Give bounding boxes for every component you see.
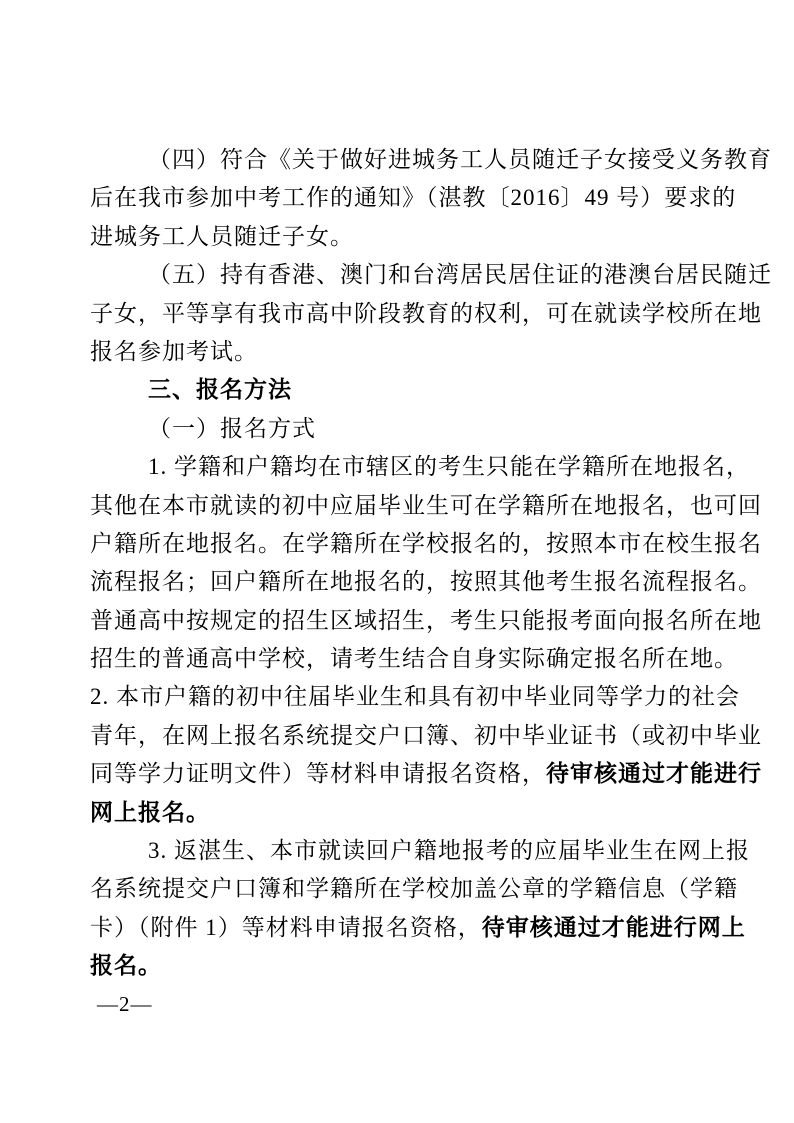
- text-segment: 普通高中按规定的招生区域招生，考生只能报考面向报名所在地: [90, 608, 762, 633]
- bold-text-segment: 报名。: [90, 953, 162, 978]
- text-line: 网上报名。: [90, 794, 704, 832]
- text-line: 报名参加考试。: [90, 333, 704, 371]
- text-segment: （一）报名方式: [148, 416, 316, 441]
- text-line: 流程报名；回户籍所在地报名的，按照其他考生报名流程报名。: [90, 563, 704, 601]
- text-line: 卡）（附件 1）等材料申请报名资格，待审核通过才能进行网上: [90, 909, 704, 947]
- text-segment: 子女，平等享有我市高中阶段教育的权利，可在就读学校所在地: [90, 301, 762, 326]
- text-segment: 同等学力证明文件）等材料申请报名资格，: [90, 761, 546, 786]
- text-line: 同等学力证明文件）等材料申请报名资格，待审核通过才能进行: [90, 755, 704, 793]
- text-line: 其他在本市就读的初中应届毕业生可在学籍所在地报名，也可回: [90, 487, 704, 525]
- text-line: 子女，平等享有我市高中阶段教育的权利，可在就读学校所在地: [90, 295, 704, 333]
- text-line: 1. 学籍和户籍均在市辖区的考生只能在学籍所在地报名，: [90, 448, 704, 486]
- text-line: 名系统提交户口簿和学籍所在学校加盖公章的学籍信息（学籍: [90, 870, 704, 908]
- bold-text-segment: 三、报名方法: [148, 377, 292, 402]
- text-segment: 户籍所在地报名。在学籍所在学校报名的，按照本市在校生报名: [90, 531, 762, 556]
- document-page: （四）符合《关于做好进城务工人员随迁子女接受义务教育后在我市参加中考工作的通知》…: [0, 0, 794, 1123]
- text-segment: 3. 返湛生、本市就读回户籍地报考的应届毕业生在网上报: [148, 838, 750, 863]
- document-text-block: （四）符合《关于做好进城务工人员随迁子女接受义务教育后在我市参加中考工作的通知》…: [90, 141, 704, 986]
- text-line: 后在我市参加中考工作的通知》（湛教〔2016〕49 号）要求的: [90, 179, 704, 217]
- text-segment: 卡）（附件 1）等材料申请报名资格，: [90, 915, 482, 940]
- text-line: 2. 本市户籍的初中往届毕业生和具有初中毕业同等学力的社会: [90, 678, 704, 716]
- text-line: （五）持有香港、澳门和台湾居民居住证的港澳台居民随迁: [90, 256, 704, 294]
- text-line: 普通高中按规定的招生区域招生，考生只能报考面向报名所在地: [90, 602, 704, 640]
- text-line: 户籍所在地报名。在学籍所在学校报名的，按照本市在校生报名: [90, 525, 704, 563]
- page-number: —2—: [97, 992, 153, 1017]
- bold-text-segment: 待审核通过才能进行: [546, 761, 762, 786]
- text-segment: 后在我市参加中考工作的通知》（湛教〔2016〕49 号）要求的: [90, 185, 736, 210]
- text-line: 3. 返湛生、本市就读回户籍地报考的应届毕业生在网上报: [90, 832, 704, 870]
- text-segment: （五）持有香港、澳门和台湾居民居住证的港澳台居民随迁: [148, 262, 772, 287]
- text-segment: 招生的普通高中学校，请考生结合自身实际确定报名所在地。: [90, 646, 738, 671]
- text-line: 进城务工人员随迁子女。: [90, 218, 704, 256]
- text-line: （四）符合《关于做好进城务工人员随迁子女接受义务教育: [90, 141, 704, 179]
- text-line: （一）报名方式: [90, 410, 704, 448]
- text-segment: 报名参加考试。: [90, 339, 258, 364]
- bold-text-segment: 待审核通过才能进行网上: [482, 915, 746, 940]
- text-segment: 1. 学籍和户籍均在市辖区的考生只能在学籍所在地报名，: [148, 454, 750, 479]
- text-segment: 名系统提交户口簿和学籍所在学校加盖公章的学籍信息（学籍: [90, 876, 738, 901]
- bold-text-segment: 网上报名。: [90, 800, 210, 825]
- text-line: 报名。: [90, 947, 704, 985]
- text-segment: 其他在本市就读的初中应届毕业生可在学籍所在地报名，也可回: [90, 493, 762, 518]
- text-line: 青年，在网上报名系统提交户口簿、初中毕业证书（或初中毕业: [90, 717, 704, 755]
- text-segment: 流程报名；回户籍所在地报名的，按照其他考生报名流程报名。: [90, 569, 762, 594]
- text-line: 招生的普通高中学校，请考生结合自身实际确定报名所在地。: [90, 640, 704, 678]
- text-segment: 2. 本市户籍的初中往届毕业生和具有初中毕业同等学力的社会: [90, 684, 740, 709]
- text-segment: （四）符合《关于做好进城务工人员随迁子女接受义务教育: [148, 147, 772, 172]
- text-segment: 青年，在网上报名系统提交户口簿、初中毕业证书（或初中毕业: [90, 723, 762, 748]
- text-segment: 进城务工人员随迁子女。: [90, 224, 354, 249]
- text-line: 三、报名方法: [90, 371, 704, 409]
